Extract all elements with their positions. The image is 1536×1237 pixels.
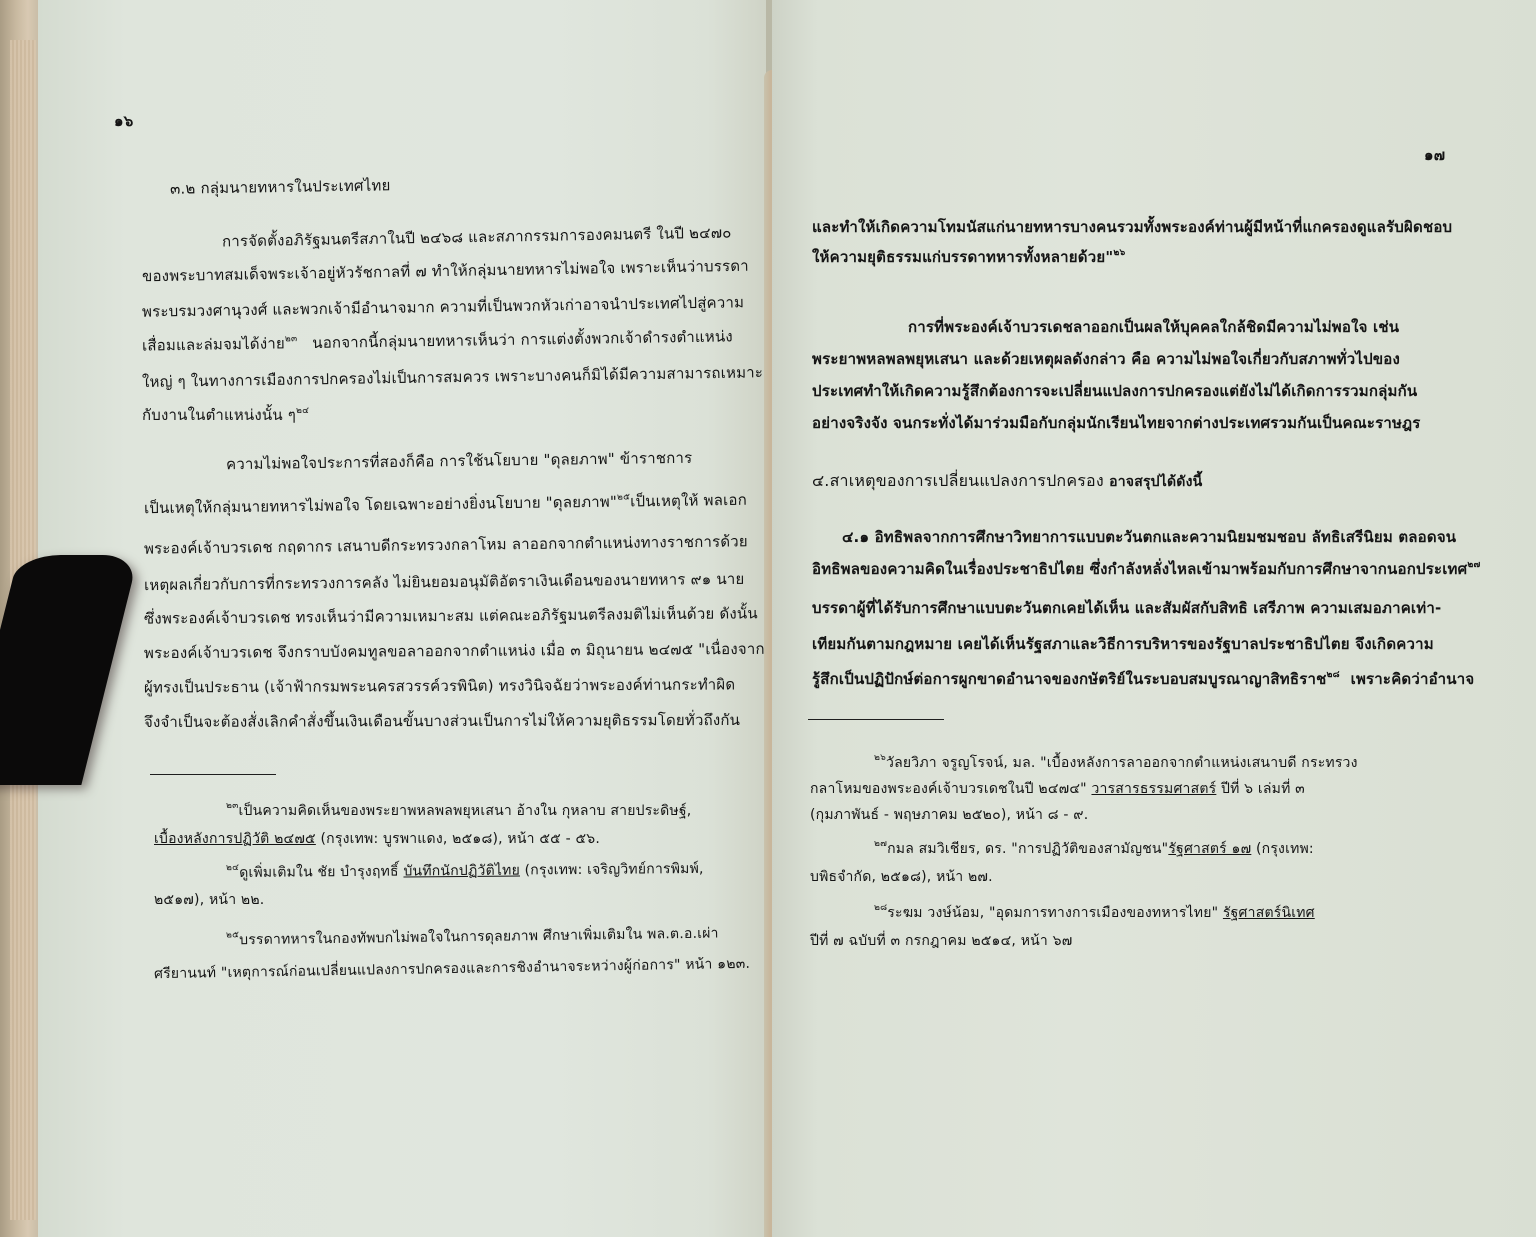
footnote-ref: ๒๗ [1467,560,1480,570]
right-section-heading: ๔.สาเหตุของการเปลี่ยนแปลงการปกครอง อาจสร… [812,472,1202,491]
open-book: ๑๖ ๓.๒ กลุ่มนายทหารในประเทศไทย การจัดตั้… [0,0,1536,1237]
footnote-26-cont2: (กุมภาพันธ์ - พฤษภาคม ๒๕๒๐), หน้า ๘ - ๙. [810,806,1088,824]
footnote-28: ๒๘ระฆม วงษ์น้อม, "อุดมการทางการเมืองของท… [874,904,1315,922]
text-line: ๔.๑ อิทธิพลจากการศึกษาวิทยาการแบบตะวันตก… [842,528,1456,546]
text-line: ประเทศทำให้เกิดความรู้สึกต้องการจะเปลี่ย… [812,382,1417,400]
footnote-23-cont: เบื้องหลังการปฏิวัติ ๒๔๗๕ (กรุงเทพ: บูรพ… [154,830,600,848]
text-line: การที่พระองค์เจ้าบวรเดชลาออกเป็นผลให้บุค… [908,318,1399,336]
right-page-number: ๑๗ [1424,146,1445,164]
text-line: ให้ความยุติธรรมแก่บรรดาทหารทั้งหลายด้วย"… [812,248,1125,266]
footnote-26: ๒๖วัลยวิภา จรูญโรจน์, มล. "เบื้องหลังการ… [874,754,1358,772]
left-section-heading: ๓.๒ กลุ่มนายทหารในประเทศไทย [170,176,391,197]
footnote-divider [150,774,276,775]
footnote-ref: ๒๓ [285,334,298,344]
text-line: อิทธิพลของความคิดในเรื่องประชาธิปไตย ซึ่… [812,560,1480,578]
text-line: จึงจำเป็นจะต้องสั่งเลิกคำสั่งขึ้นเงินเดื… [144,711,740,731]
text-line: รู้สึกเป็นปฏิปักษ์ต่อการผูกขาดอำนาจของกษ… [812,670,1474,688]
left-page-number: ๑๖ [114,112,133,130]
text-line: อย่างจริงจัง จนกระทั่งได้มาร่วมมือกับกลุ… [812,414,1421,432]
text-line: พระยาพหลพลพยุหเสนา และด้วยเหตุผลดังกล่าว… [812,350,1400,368]
text-line: บรรดาผู้ที่ได้รับการศึกษาแบบตะวันตกเคยได… [812,599,1441,617]
footnote-divider [808,719,944,720]
footnote-26-cont: กลาโหมของพระองค์เจ้าบวรเดชในปี ๒๔๗๔" วาร… [810,780,1305,798]
text-line: เทียมกันตามกฎหมาย เคยได้เห็นรัฐสภาและวิธ… [812,635,1434,653]
footnote-23: ๒๓เป็นความคิดเห็นของพระยาพหลพลพยุหเสนา อ… [226,802,691,820]
footnote-ref: ๒๖ [1113,248,1125,258]
footnote-28-cont: ปีที่ ๗ ฉบับที่ ๓ กรกฎาคม ๒๕๑๔, หน้า ๖๗ [810,932,1072,950]
footnote-ref: ๒๔ [296,406,309,416]
footnote-27-cont: บพิธจำกัด, ๒๕๑๘), หน้า ๒๗. [810,868,993,886]
text-line: กับงานในตำแหน่งนั้น ๆ๒๔ [142,406,309,424]
footnote-ref: ๒๘ [1327,670,1340,680]
footnote-24-cont: ๒๕๑๗), หน้า ๒๒. [154,891,264,909]
right-page [772,0,1536,1237]
footnote-27: ๒๗กมล สมวิเชียร, ดร. "การปฏิวัติของสามัญ… [874,840,1314,858]
text-line: และทำให้เกิดความโทมนัสแก่นายทหารบางคนรวม… [812,218,1452,236]
footnote-ref: ๒๕ [617,492,630,502]
text-line: ผู้ทรงเป็นประธาน (เจ้าฟ้ากรมพระนครสวรรค์… [144,675,735,696]
